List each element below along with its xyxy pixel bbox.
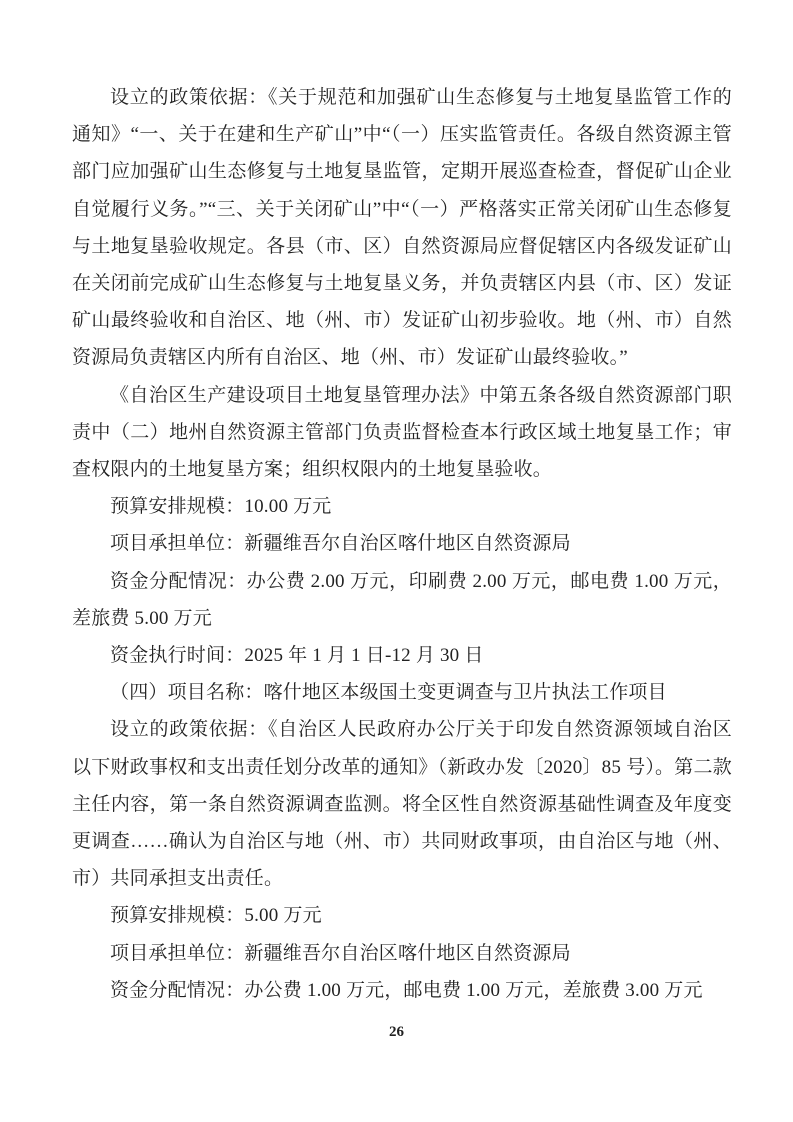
paragraph: 设立的政策依据：《自治区人民政府办公厅关于印发自然资源领域自治区以下财政事权和支… <box>72 711 732 897</box>
paragraph: 预算安排规模：10.00 万元 <box>72 488 732 525</box>
paragraph: 资金执行时间：2025 年 1 月 1 日-12 月 30 日 <box>72 637 732 674</box>
paragraph: 项目承担单位：新疆维吾尔自治区喀什地区自然资源局 <box>72 935 732 972</box>
paragraph: 预算安排规模：5.00 万元 <box>72 897 732 934</box>
paragraph: 设立的政策依据：《关于规范和加强矿山生态修复与土地复垦监管工作的通知》“一、关于… <box>72 79 732 377</box>
document-body: 设立的政策依据：《关于规范和加强矿山生态修复与土地复垦监管工作的通知》“一、关于… <box>72 79 732 1009</box>
document-page: 设立的政策依据：《关于规范和加强矿山生态修复与土地复垦监管工作的通知》“一、关于… <box>0 0 793 1122</box>
paragraph: 资金分配情况：办公费 2.00 万元，印刷费 2.00 万元，邮电费 1.00 … <box>72 563 732 637</box>
paragraph: 《自治区生产建设项目土地复垦管理办法》中第五条各级自然资源部门职责中（二）地州自… <box>72 377 732 489</box>
paragraph: （四）项目名称：喀什地区本级国土变更调查与卫片执法工作项目 <box>72 674 732 711</box>
paragraph: 资金分配情况：办公费 1.00 万元，邮电费 1.00 万元，差旅费 3.00 … <box>72 972 732 1009</box>
page-number: 26 <box>0 1024 793 1041</box>
paragraph: 项目承担单位：新疆维吾尔自治区喀什地区自然资源局 <box>72 525 732 562</box>
